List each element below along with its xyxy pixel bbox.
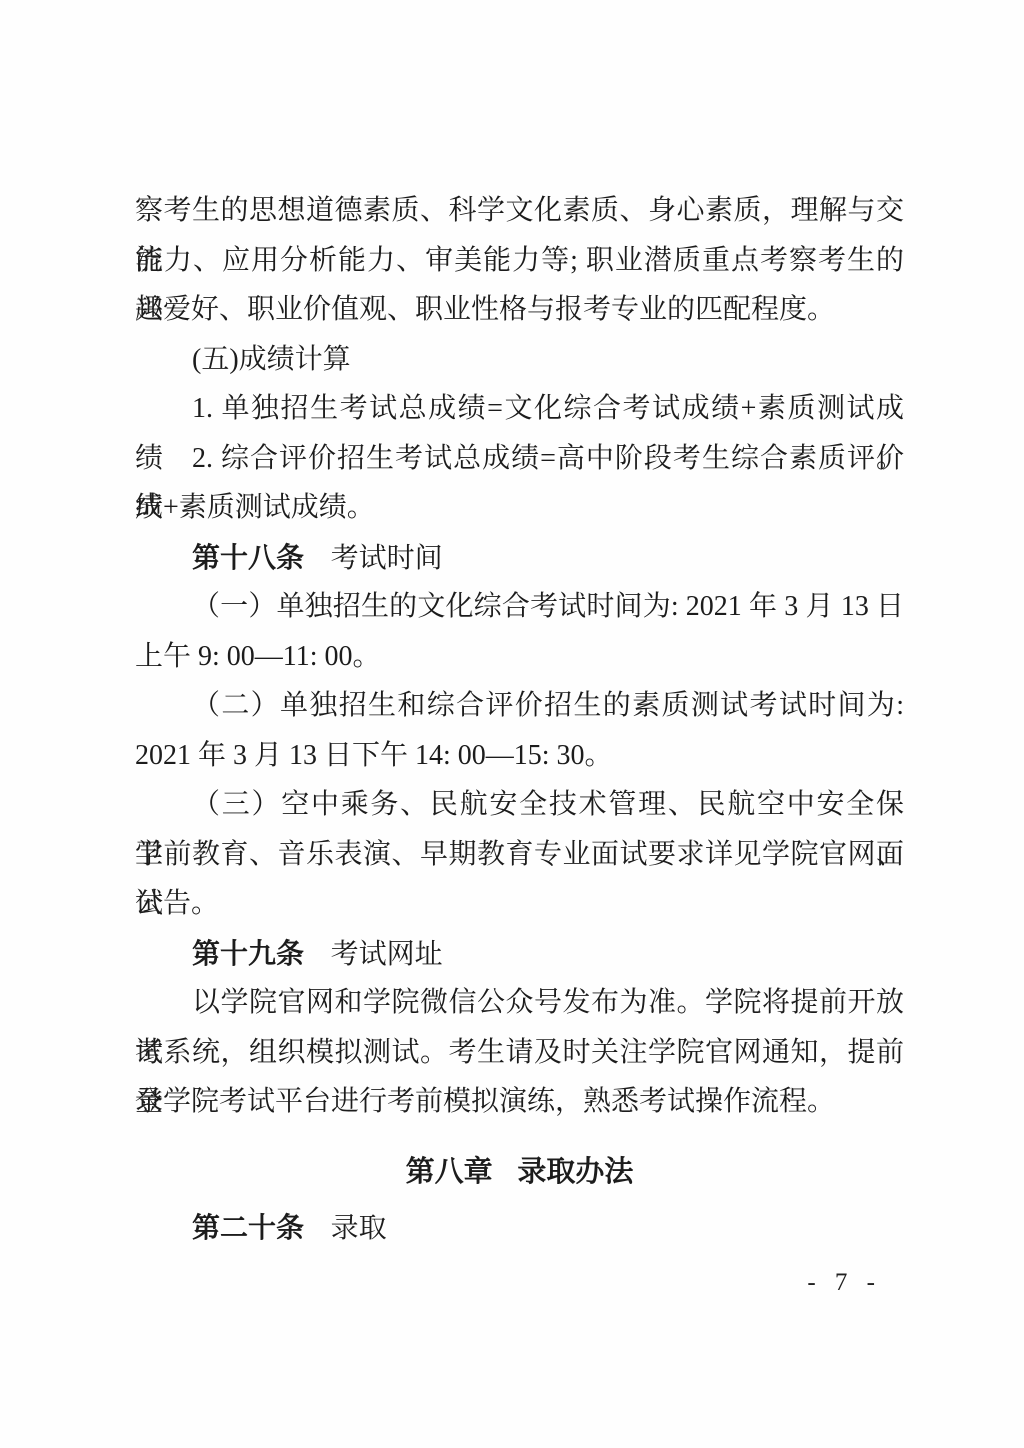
text-line: （一）单独招生的文化综合考试时间为: 2021 年 3 月 13 日 [135, 582, 904, 632]
document-page: 察考生的思想道德素质、科学文化素质、身心素质，理解与交流 能力、应用分析能力、审… [0, 0, 1024, 1448]
text-line: 试系统，组织模拟测试。考生请及时关注学院官网通知，提前登 [135, 1028, 904, 1078]
text-line: 学前教育、音乐表演、早期教育专业面试要求详见学院官网面试 [135, 830, 904, 880]
article-number: 第二十条 [192, 1212, 304, 1243]
text-line: （二）单独招生和综合评价招生的素质测试考试时间为: [135, 681, 904, 731]
text-line: 1. 单独招生考试总成绩=文化综合考试成绩+素质测试成绩。 [135, 384, 904, 434]
text-line: 察考生的思想道德素质、科学文化素质、身心素质，理解与交流 [135, 186, 904, 236]
article-heading-20: 第二十条录取 [135, 1203, 904, 1253]
chapter-heading: 第八章录取办法 [135, 1147, 904, 1197]
page-number: - 7 - [807, 1268, 877, 1298]
text-line: （三）空中乘务、民航安全技术管理、民航空中安全保卫、 [135, 780, 904, 830]
text-line: 公告。 [135, 879, 904, 929]
chapter-title: 录取办法 [517, 1156, 633, 1188]
article-title: 考试时间 [331, 543, 443, 574]
text-line: 能力、应用分析能力、审美能力等; 职业潜质重点考察考生的兴 [135, 236, 904, 286]
text-line: 趣爱好、职业价值观、职业性格与报考专业的匹配程度。 [135, 285, 904, 335]
text-line: 以学院官网和学院微信公众号发布为准。学院将提前开放考 [135, 978, 904, 1028]
list-item-heading: (五)成绩计算 [135, 335, 904, 385]
chapter-number: 第八章 [406, 1156, 493, 1188]
text-line: 上午 9: 00—11: 00。 [135, 632, 904, 682]
article-heading-19: 第十九条考试网址 [135, 929, 904, 979]
article-number: 第十九条 [192, 938, 304, 969]
article-title: 录取 [331, 1213, 387, 1244]
text-line: 2021 年 3 月 13 日下午 14: 00—15: 30。 [135, 731, 904, 781]
article-title: 考试网址 [331, 939, 443, 970]
article-number: 第十八条 [192, 542, 304, 573]
text-line: 绩+素质测试成绩。 [135, 483, 904, 533]
text-line: 2. 综合评价招生考试总成绩=高中阶段考生综合素质评价成 [135, 434, 904, 484]
text-line: 录学院考试平台进行考前模拟演练，熟悉考试操作流程。 [135, 1077, 904, 1127]
document-body: 察考生的思想道德素质、科学文化素质、身心素质，理解与交流 能力、应用分析能力、审… [135, 186, 904, 1252]
article-heading-18: 第十八条考试时间 [135, 533, 904, 583]
